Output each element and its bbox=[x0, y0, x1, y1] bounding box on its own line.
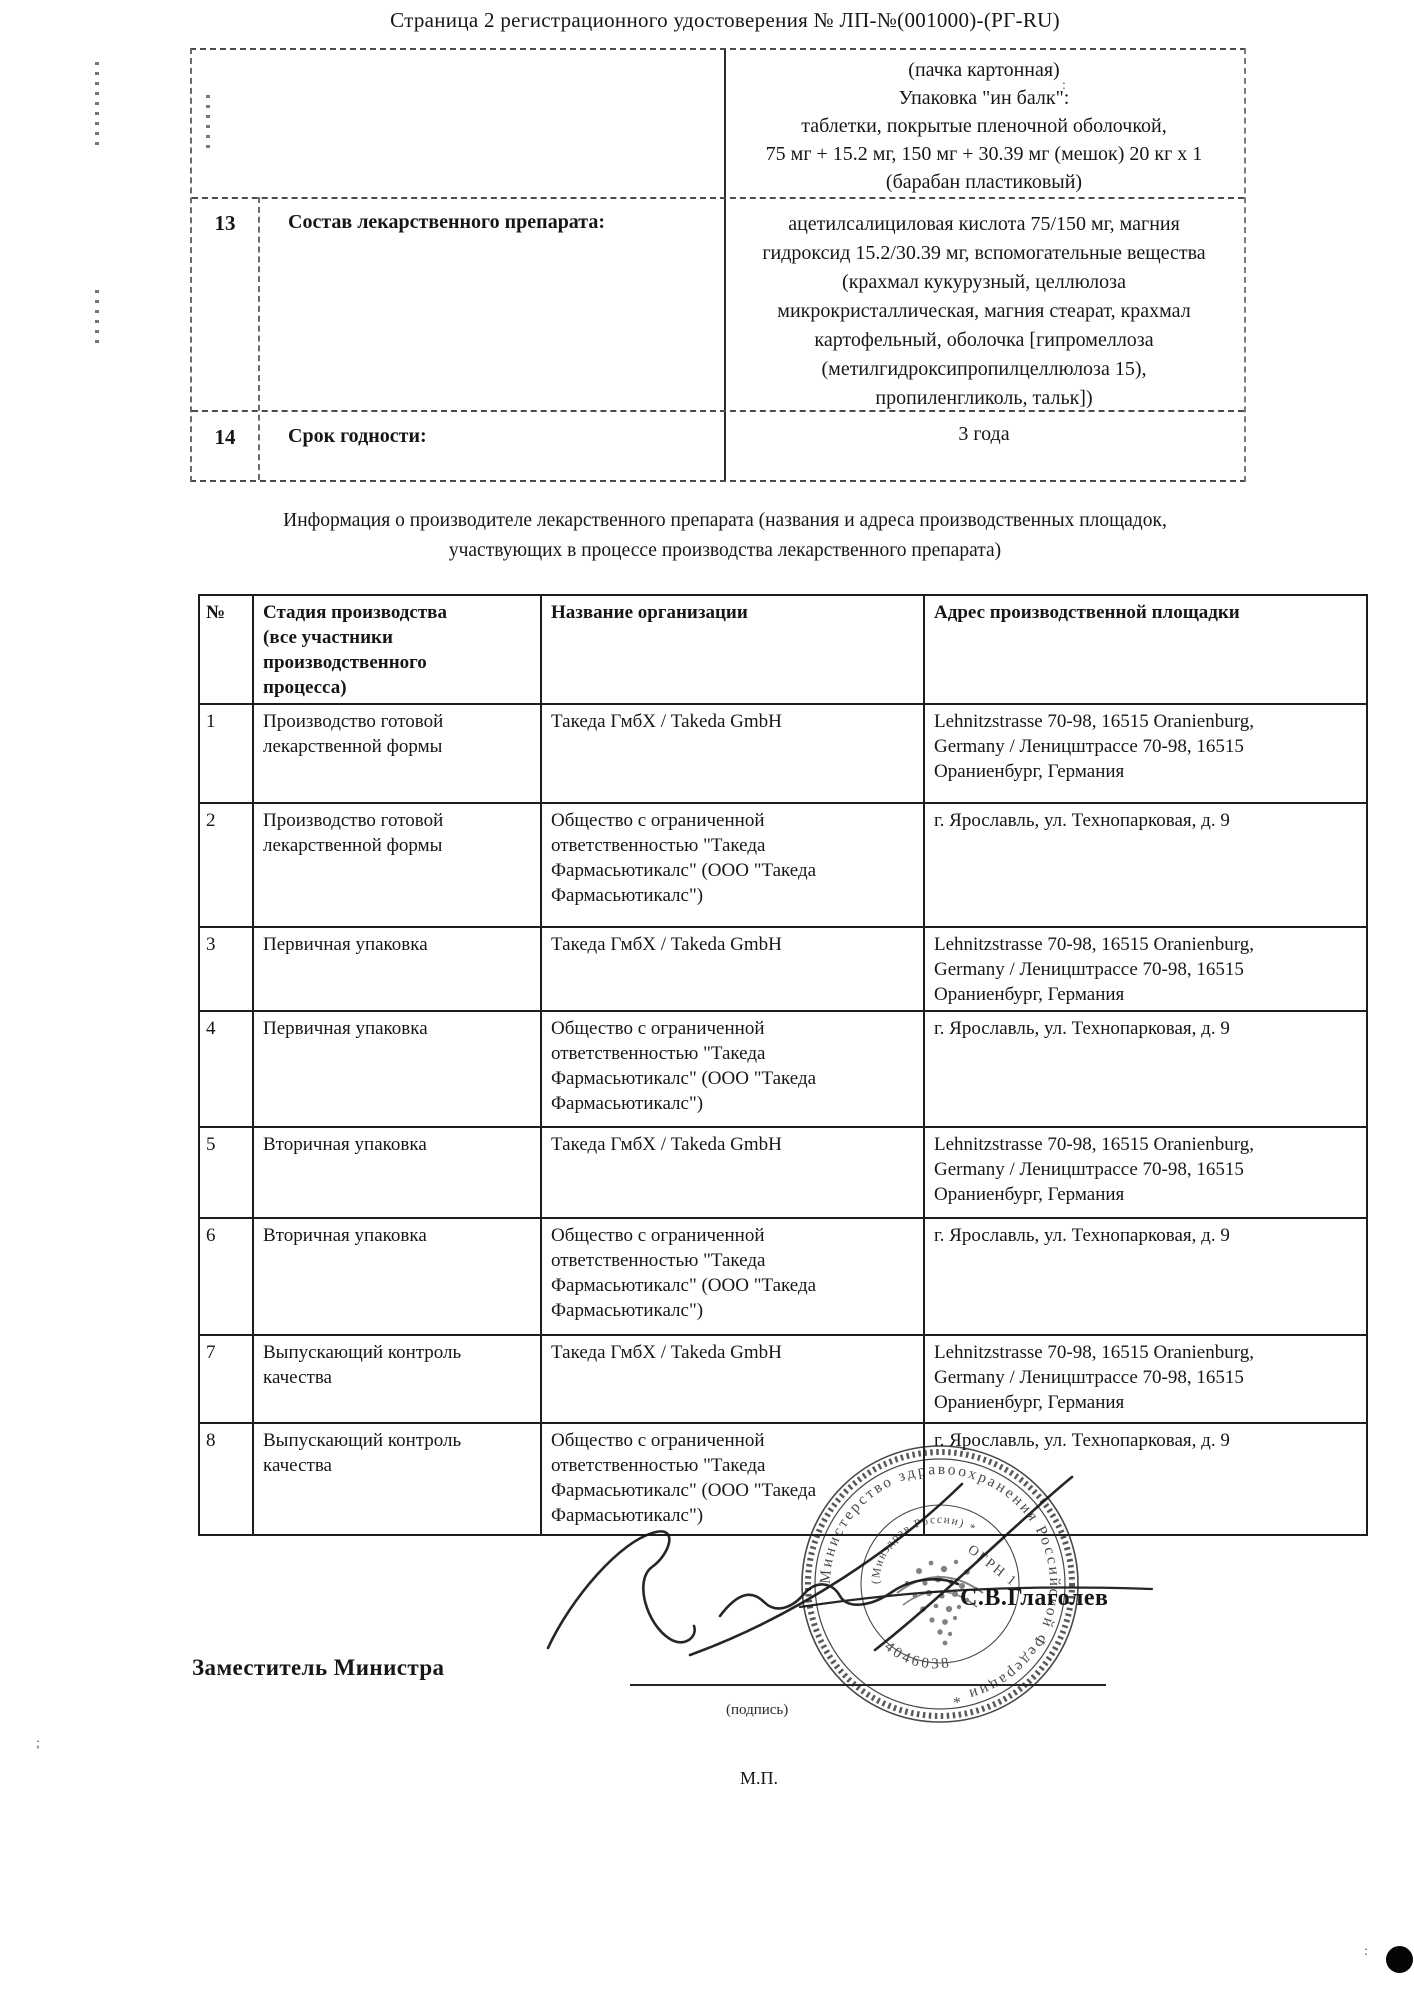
page-title: Страница 2 регистрационного удостоверени… bbox=[160, 8, 1290, 33]
cell-number: 3 bbox=[199, 927, 253, 1011]
header-stage: Стадия производства (все участники произ… bbox=[253, 595, 541, 704]
table-row: 3 Первичная упаковка Такеда ГмбХ / Taked… bbox=[199, 927, 1367, 1011]
shelf-life-value: 3 года bbox=[726, 420, 1242, 449]
cell-number: 6 bbox=[199, 1218, 253, 1335]
composition-value: ацетилсалициловая кислота 75/150 мг, маг… bbox=[726, 210, 1242, 413]
table-header-row: № Стадия производства (все участники про… bbox=[199, 595, 1367, 704]
row-separator bbox=[192, 410, 1244, 412]
cell-stage: Первичная упаковка bbox=[253, 1011, 541, 1127]
cell-stage: Выпускающий контроль качества bbox=[253, 1335, 541, 1423]
cell-organization: Такеда ГмбХ / Takeda GmbH bbox=[541, 704, 924, 803]
cell-organization: Такеда ГмбХ / Takeda GmbH bbox=[541, 927, 924, 1011]
cell-address: г. Ярославль, ул. Технопарковая, д. 9 bbox=[924, 1218, 1367, 1335]
cell-stage: Вторичная упаковка bbox=[253, 1127, 541, 1218]
row-label: Состав лекарственного препарата: bbox=[206, 211, 636, 234]
cell-stage: Выпускающий контроль качества bbox=[253, 1423, 541, 1535]
cell-stage: Производство готовой лекарственной формы bbox=[253, 704, 541, 803]
cell-number: 2 bbox=[199, 803, 253, 927]
cell-organization: Общество с ограниченной ответственностью… bbox=[541, 1011, 924, 1127]
cell-address: Lehnitzstrasse 70-98, 16515 Oranienburg,… bbox=[924, 704, 1367, 803]
table-row: 5 Вторичная упаковка Такеда ГмбХ / Taked… bbox=[199, 1127, 1367, 1218]
header-organization: Название организации bbox=[541, 595, 924, 704]
cell-organization: Общество с ограниченной ответственностью… bbox=[541, 1218, 924, 1335]
handwritten-signature bbox=[500, 1420, 1200, 1710]
table-row-packaging: (пачка картонная) Упаковка "ин балк": та… bbox=[192, 50, 1244, 197]
cell-organization: Такеда ГмбХ / Takeda GmbH bbox=[541, 1335, 924, 1423]
row-label: Срок годности: bbox=[206, 425, 636, 448]
seal-place-label: М.П. bbox=[740, 1768, 778, 1789]
manufacturing-sites-table: № Стадия производства (все участники про… bbox=[198, 594, 1368, 1536]
cell-number: 4 bbox=[199, 1011, 253, 1127]
cell-stage: Производство готовой лекарственной формы bbox=[253, 803, 541, 927]
manufacturer-info-paragraph: Информация о производителе лекарственног… bbox=[160, 506, 1290, 566]
cell-address: Lehnitzstrasse 70-98, 16515 Oranienburg,… bbox=[924, 1335, 1367, 1423]
packaging-value: (пачка картонная) Упаковка "ин балк": та… bbox=[726, 56, 1242, 196]
cell-address: Lehnitzstrasse 70-98, 16515 Oranienburg,… bbox=[924, 927, 1367, 1011]
hole-punch-dot bbox=[1386, 1946, 1413, 1973]
cell-number: 1 bbox=[199, 704, 253, 803]
cell-address: Lehnitzstrasse 70-98, 16515 Oranienburg,… bbox=[924, 1127, 1367, 1218]
scan-noise bbox=[95, 62, 99, 152]
signatory-title: Заместитель Министра bbox=[192, 1655, 444, 1681]
row-separator bbox=[192, 197, 1244, 199]
drug-info-table: (пачка картонная) Упаковка "ин балк": та… bbox=[190, 48, 1246, 482]
cell-organization: Такеда ГмбХ / Takeda GmbH bbox=[541, 1127, 924, 1218]
table-row: 4 Первичная упаковка Общество с ограниче… bbox=[199, 1011, 1367, 1127]
table-row: 7 Выпускающий контроль качества Такеда Г… bbox=[199, 1335, 1367, 1423]
table-row: 2 Производство готовой лекарственной фор… bbox=[199, 803, 1367, 927]
table-row: 6 Вторичная упаковка Общество с ограниче… bbox=[199, 1218, 1367, 1335]
cell-number: 7 bbox=[199, 1335, 253, 1423]
scan-noise: ; bbox=[36, 1736, 40, 1752]
header-number: № bbox=[199, 595, 253, 704]
cell-stage: Первичная упаковка bbox=[253, 927, 541, 1011]
table-row-shelf-life: 14 Срок годности: 3 года bbox=[192, 410, 1244, 480]
cell-organization: Общество с ограниченной ответственностью… bbox=[541, 803, 924, 927]
scan-noise bbox=[95, 290, 99, 350]
table-row-composition: 13 Состав лекарственного препарата: ацет… bbox=[192, 197, 1244, 410]
scanned-document-page: Страница 2 регистрационного удостоверени… bbox=[0, 0, 1414, 2000]
scan-noise: : bbox=[1364, 1944, 1368, 1960]
paragraph-line: участвующих в процессе производства лека… bbox=[160, 536, 1290, 566]
cell-number: 5 bbox=[199, 1127, 253, 1218]
cell-address: г. Ярославль, ул. Технопарковая, д. 9 bbox=[924, 1011, 1367, 1127]
header-address: Адрес производственной площадки bbox=[924, 595, 1367, 704]
cell-address: г. Ярославль, ул. Технопарковая, д. 9 bbox=[924, 803, 1367, 927]
paragraph-line: Информация о производителе лекарственног… bbox=[160, 506, 1290, 536]
cell-number: 8 bbox=[199, 1423, 253, 1535]
table-row: 1 Производство готовой лекарственной фор… bbox=[199, 704, 1367, 803]
cell-stage: Вторичная упаковка bbox=[253, 1218, 541, 1335]
